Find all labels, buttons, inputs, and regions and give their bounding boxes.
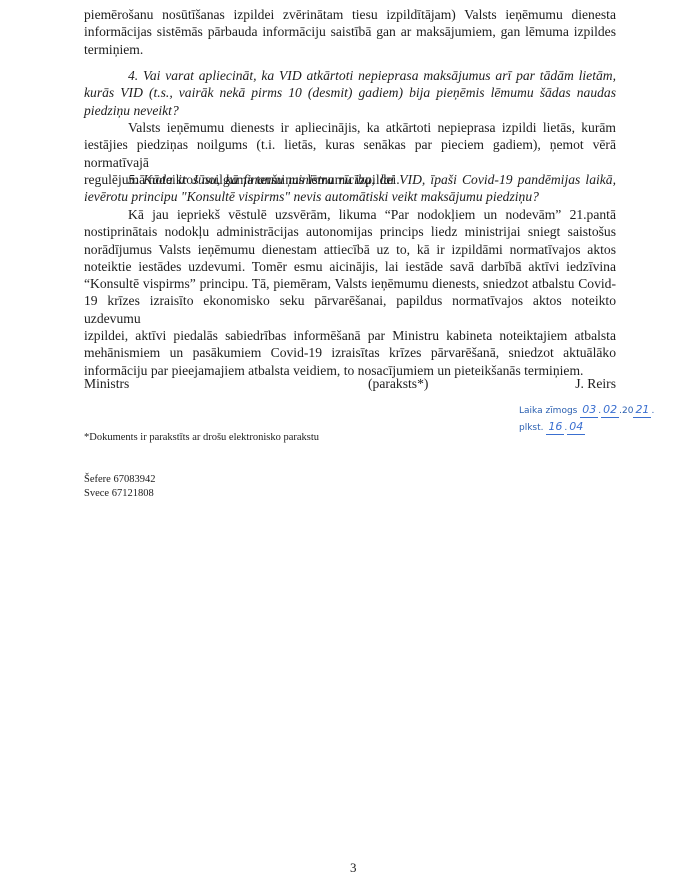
answer-5: Kā jau iepriekš vēstulē uzsvērām, likuma… <box>84 206 616 379</box>
text-line: termiņiem. <box>84 41 616 58</box>
text-line: nostiprinātais nodokļu administrācijas a… <box>84 223 616 240</box>
signer-role: Ministrs <box>84 376 129 392</box>
stamp-month: 02 <box>601 402 619 418</box>
question-4: 4. Vai varat apliecināt, ka VID atkārtot… <box>84 67 616 119</box>
stamp-minute: 04 <box>567 419 585 435</box>
text-line: Kā jau iepriekš vēstulē uzsvērām, likuma… <box>84 206 616 223</box>
text-line: norādījumus Valsts ieņēmumu dienestam at… <box>84 241 616 258</box>
document-page: piemērošanu nosūtīšanas izpildei zvērinā… <box>0 0 693 887</box>
text-line: mehānismiem un pasākumiem Covid-19 izrai… <box>84 344 616 361</box>
text-line: 5. Kāda ir Jūsu, kā finanšu ministra rīc… <box>84 171 616 188</box>
question-5: 5. Kāda ir Jūsu, kā finanšu ministra rīc… <box>84 171 616 206</box>
contact-line: Šefere 67083942 <box>84 473 155 487</box>
stamp-year-suffix: 21 <box>633 402 651 418</box>
stamp-day: 03 <box>580 402 598 418</box>
text-line: noteiktie iestādes uzdevumi. Tomēr esmu … <box>84 258 616 275</box>
stamp-hour: 16 <box>546 419 564 435</box>
contact-line: Svece 67121808 <box>84 487 155 501</box>
text-line: “Konsultē vispirms” principu. Tā, piemēr… <box>84 275 616 292</box>
time-stamp: Laika zīmogs 03.02.2021. plkst. 16.04 <box>519 402 654 436</box>
stamp-label: Laika zīmogs <box>519 406 577 416</box>
text-line: piemērošanu nosūtīšanas izpildei zvērinā… <box>84 6 616 23</box>
text-line: piedziņu neveikt? <box>84 102 616 119</box>
text-line: informācijas sistēmās pārbauda informāci… <box>84 23 616 40</box>
text-line: ievērotu principu "Konsultē vispirms" ne… <box>84 188 616 205</box>
signer-name: J. Reirs <box>575 376 616 392</box>
continuation-paragraph: piemērošanu nosūtīšanas izpildei zvērinā… <box>84 6 616 58</box>
stamp-year-prefix: 20 <box>622 406 633 416</box>
stamp-time-label: plkst. <box>519 423 544 433</box>
text-line: kurās VID (t.s., vairāk nekā pirms 10 (d… <box>84 84 616 101</box>
contacts: Šefere 67083942 Svece 67121808 <box>84 473 155 501</box>
text-line: izpildei, aktīvi piedalās sabiedrības in… <box>84 327 616 344</box>
signature-block: Ministrs (paraksts*) J. Reirs <box>84 376 616 396</box>
text-line: 4. Vai varat apliecināt, ka VID atkārtot… <box>84 67 616 84</box>
page-number: 3 <box>350 860 357 876</box>
stamp-time-row: plkst. 16.04 <box>519 419 654 436</box>
stamp-date-row: Laika zīmogs 03.02.2021. <box>519 402 654 419</box>
text-line: 19 krīzes izraisīto ekonomisko seku pārv… <box>84 292 616 327</box>
footnote: *Dokuments ir parakstīts ar drošu elektr… <box>84 432 319 443</box>
text-line: Valsts ieņēmumu dienests ir apliecinājis… <box>84 119 616 136</box>
text-line: iestājies piedziņas noilgums (t.i. lietā… <box>84 136 616 171</box>
signature-placeholder: (paraksts*) <box>368 376 428 392</box>
